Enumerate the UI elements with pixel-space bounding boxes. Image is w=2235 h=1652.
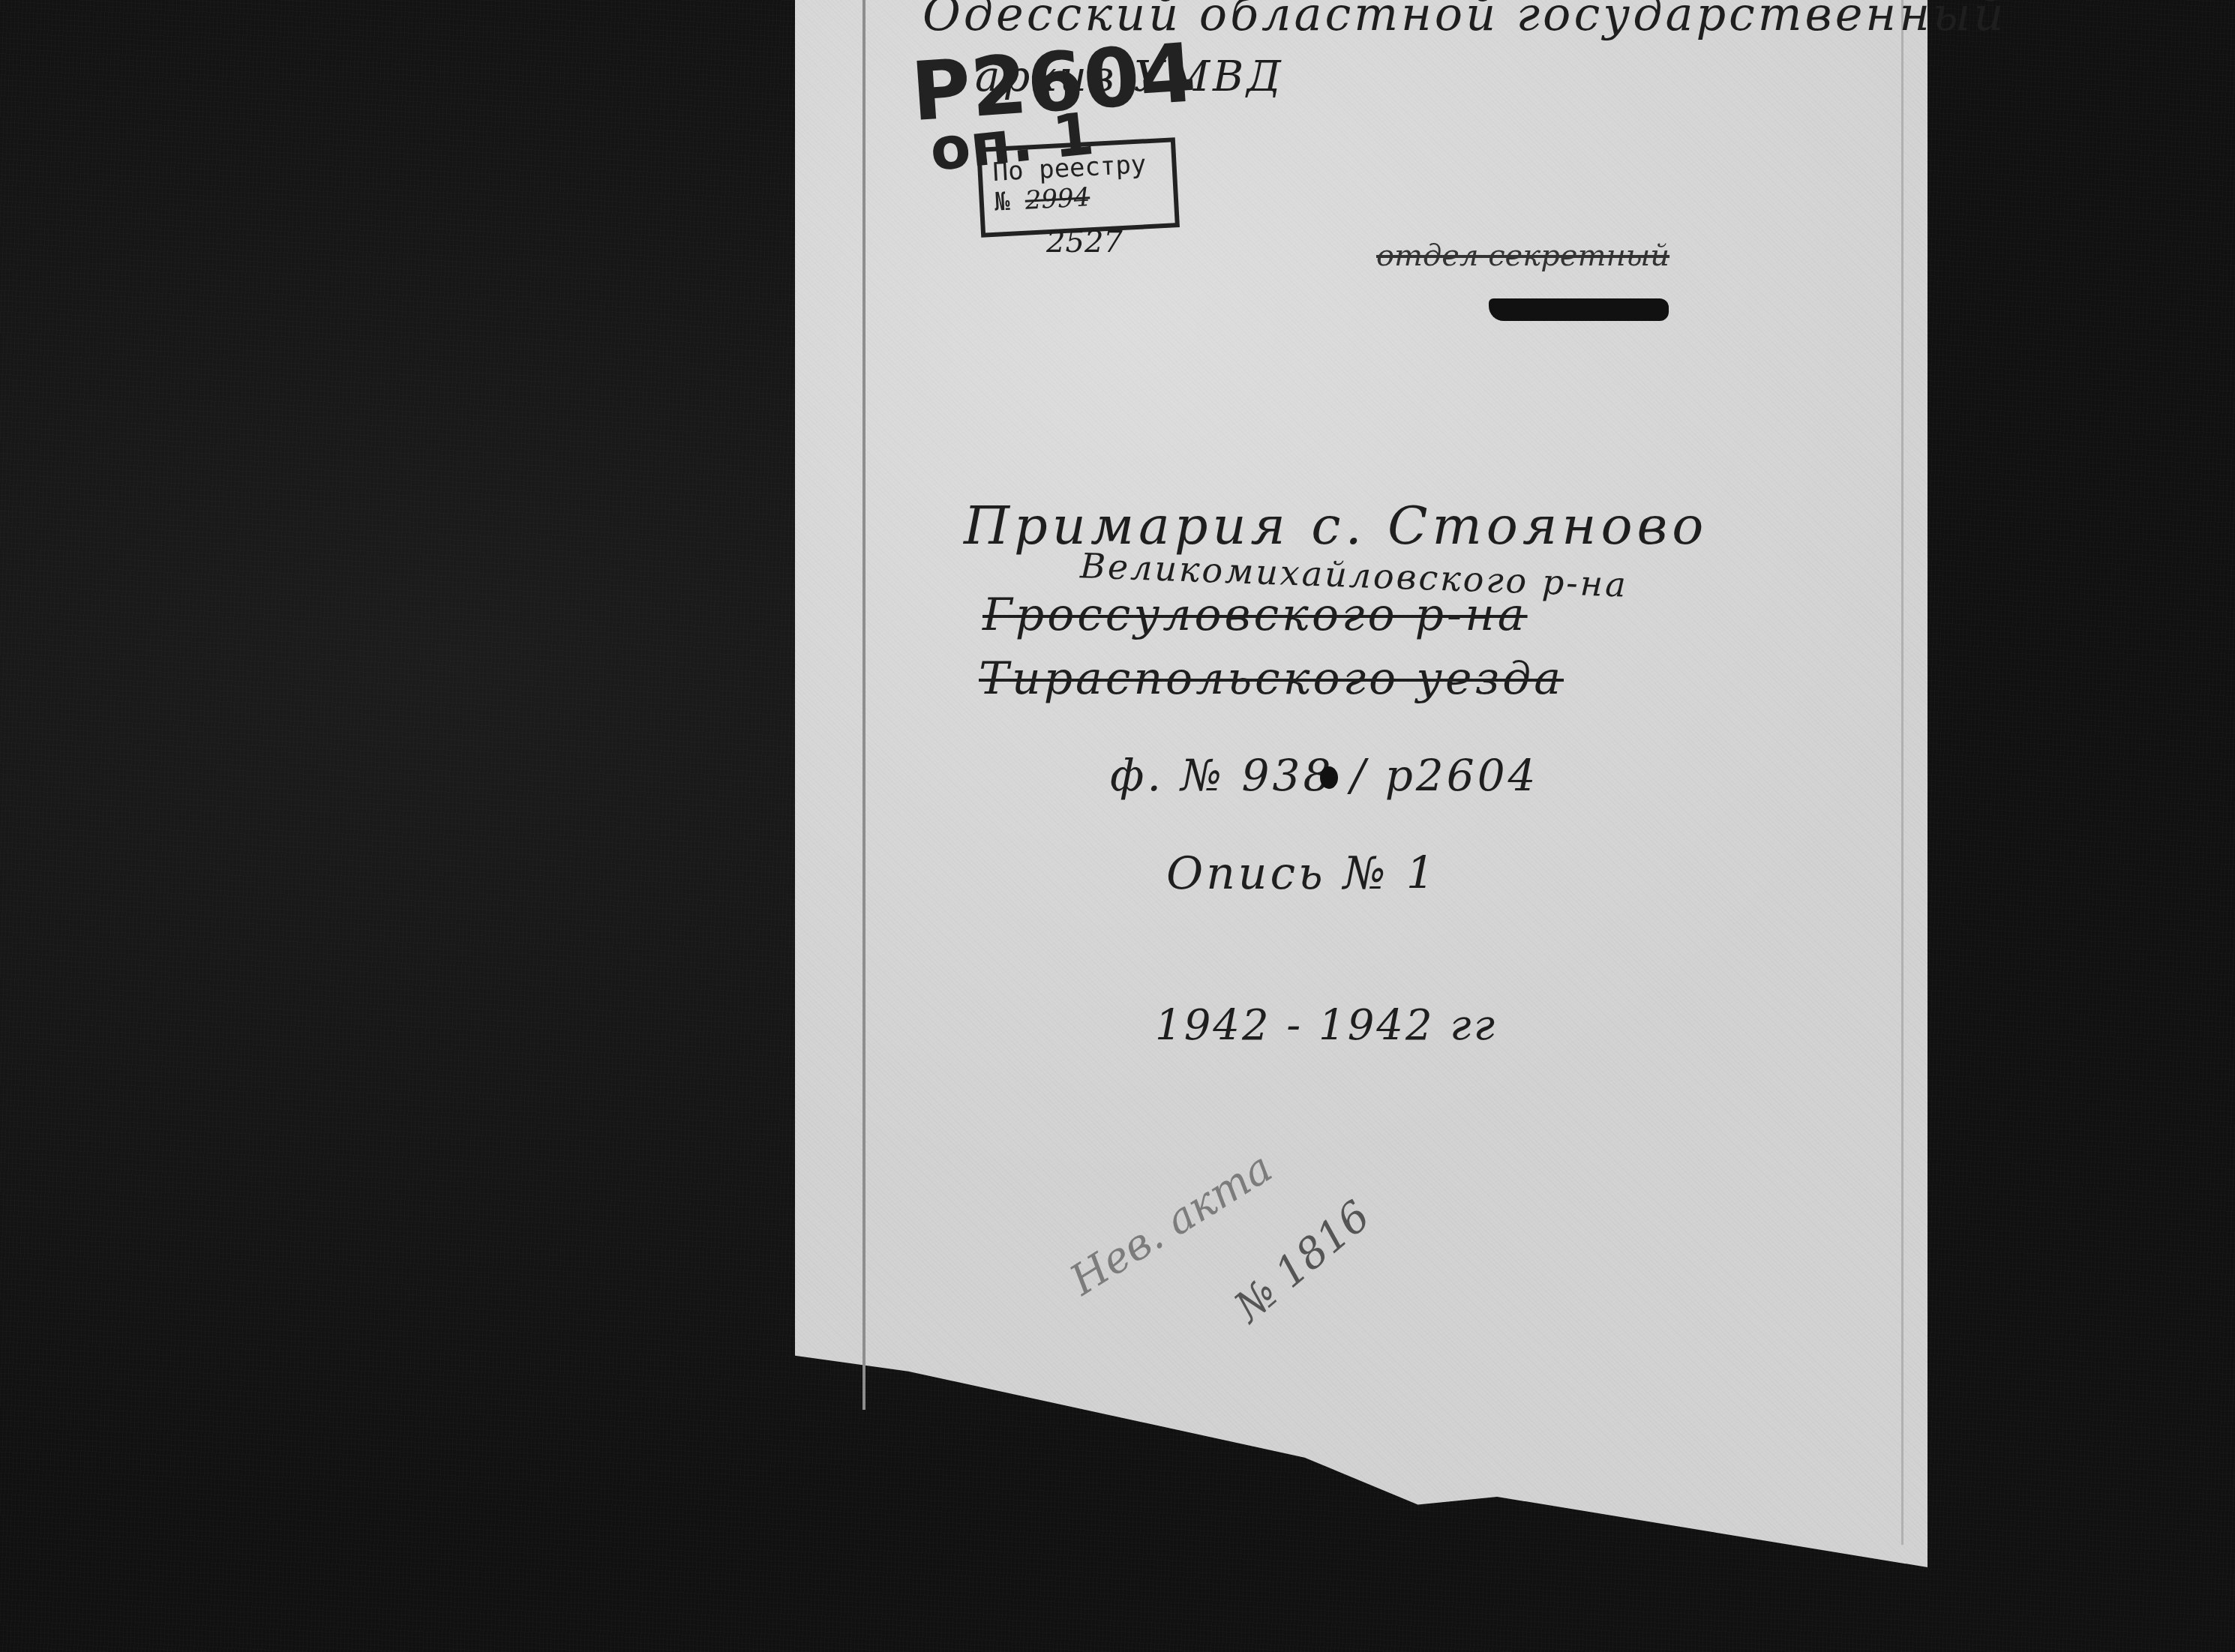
struck-department: отдел секретный xyxy=(1376,238,1669,273)
registry-stamp: По реестру № 2994 xyxy=(976,137,1180,238)
spine-fold xyxy=(862,0,865,1410)
title-line-3-struck: Тираспольского уезда xyxy=(979,652,1564,705)
title-line-1: Примария с. Стояново xyxy=(964,495,1708,556)
stamp-number-label: № xyxy=(994,187,1011,217)
stamp-number-struck: 2994 xyxy=(1024,182,1091,215)
ink-dot xyxy=(1320,766,1338,789)
dates-line: 1942 - 1942 гг xyxy=(1155,1001,1497,1050)
title-line-2-struck: Гроссуловского р-на xyxy=(982,589,1528,641)
stamp-number-new: 2527 xyxy=(1046,225,1123,259)
opis-line: Опись № 1 xyxy=(1166,847,1438,900)
ink-blot xyxy=(1489,298,1669,321)
cover-edge xyxy=(1901,0,1903,1545)
